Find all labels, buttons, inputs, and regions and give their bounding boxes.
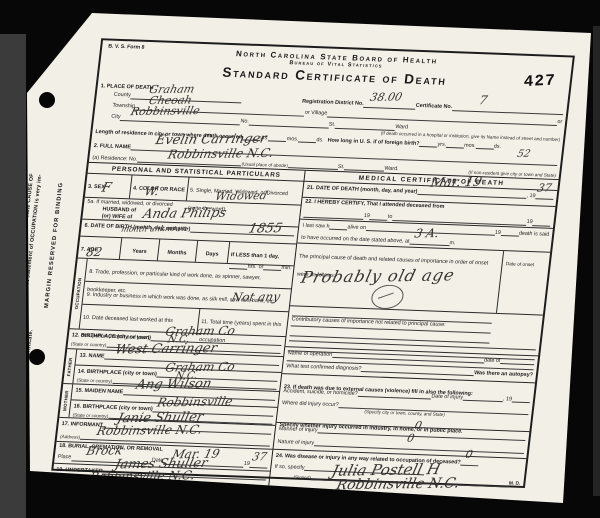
abode-note: (Usual place of abode) bbox=[241, 161, 288, 168]
race-value: W. bbox=[143, 184, 160, 198]
death-said-label: death is said bbox=[519, 230, 550, 238]
informant-address-label: (Address) bbox=[60, 434, 81, 440]
circled-scribble bbox=[371, 283, 405, 311]
marital-value: Widowed bbox=[214, 189, 269, 203]
last-saw-label: I last saw h bbox=[302, 222, 330, 230]
scan-viewer: { "margin_notes": { "line1": "N. B.\u201… bbox=[0, 0, 600, 518]
date-of-onset-column: Date of onset bbox=[496, 251, 550, 315]
mother-side-label: MOTHER bbox=[62, 390, 69, 411]
certificate-form: B. V. S. Form 8 North Carolina State Boa… bbox=[51, 38, 575, 488]
residence-value: Robbinsville N.C. bbox=[166, 146, 274, 162]
father-birthplace-value: Graham Co bbox=[164, 360, 237, 375]
dob-note: month unknown bbox=[120, 224, 188, 234]
filed-year-value: 37 bbox=[140, 487, 157, 500]
filed-day-value: 3 bbox=[109, 491, 117, 504]
registrar-signature: Julia Postell bbox=[164, 487, 246, 503]
scanner-bed-left bbox=[0, 34, 26, 518]
manner-label: Manner of injury bbox=[279, 425, 318, 433]
signed-address-label: (Address) bbox=[292, 488, 313, 494]
certificate-sheet: N. B.—WRITE PLAINLY, WITH UNFADING INK—T… bbox=[0, 0, 600, 518]
date-of-onset-label: Date of onset bbox=[505, 262, 534, 268]
punch-hole-bottom bbox=[29, 349, 45, 365]
father-name-value: West Carringer bbox=[113, 341, 218, 358]
death-hour-m-label: m. bbox=[449, 240, 456, 247]
injury-date-label: Date of injury bbox=[431, 393, 464, 401]
informant-address-value: Robbinsville N.C. bbox=[95, 423, 203, 439]
physician-address-value: Robbinsville N.C. bbox=[335, 476, 461, 494]
contributory-label: Contributory causes of importance not re… bbox=[291, 317, 446, 329]
undertaker-address-value: Robbinsville N.C. bbox=[88, 468, 196, 484]
certificate-no-label: Certificate No. bbox=[415, 103, 452, 111]
scanner-bed-right bbox=[593, 26, 600, 496]
death-hour-value: 3 A. bbox=[413, 226, 440, 240]
dob-value: 1855 bbox=[247, 221, 284, 237]
age-years-label: Years bbox=[132, 249, 147, 256]
principal-cause-block: The principal cause of death and related… bbox=[290, 244, 550, 316]
village-or-label: or bbox=[557, 119, 563, 126]
residence-ward-label: Ward. bbox=[384, 165, 399, 172]
occupation-side-label: OCCUPATION bbox=[74, 278, 83, 310]
burial-place-label: Place bbox=[57, 454, 71, 461]
principal-cause-value: Probably old age bbox=[299, 266, 457, 287]
accident-label: Accident, suicide, or homicide? bbox=[283, 388, 358, 397]
father-name-label: 13. NAME bbox=[79, 352, 105, 360]
occurred-label: to have occurred on the date stated abov… bbox=[301, 234, 410, 245]
age-less-note: If LESS than 1 day, bbox=[231, 252, 280, 260]
burial-year-value: 37 bbox=[251, 450, 268, 463]
city-value: Robbinsville bbox=[130, 104, 202, 118]
age-days-label: Days bbox=[205, 251, 219, 257]
county-label: County bbox=[113, 92, 131, 99]
personal-column: PERSONAL AND STATISTICAL PARTICULARS 3. … bbox=[49, 163, 306, 516]
birthplace-state-label: (State or country) bbox=[71, 341, 107, 348]
mother-maiden-label: 15. MAIDEN NAME bbox=[75, 387, 123, 395]
operation-date-label: date of bbox=[484, 357, 501, 364]
registrar-label: Registrar. bbox=[240, 509, 263, 516]
punch-hole-top bbox=[39, 92, 55, 108]
age-years-value: 82 bbox=[85, 245, 104, 259]
village-label: or Village bbox=[304, 110, 327, 118]
registration-label: Registration District No. bbox=[302, 99, 364, 108]
spouse-value: Anda Philips bbox=[141, 206, 227, 222]
alive-on-label: alive on bbox=[347, 224, 366, 231]
mother-maiden-value: Ang Wilson bbox=[134, 377, 212, 393]
age-months-label: Months bbox=[167, 250, 187, 257]
industry-value: Not any bbox=[230, 290, 282, 305]
undertaker-address-label: (Address) bbox=[55, 480, 76, 486]
filed-row: 20. FILED 3 19 37 Julia Postell Registra… bbox=[49, 488, 267, 516]
burial-place-value: Brock bbox=[84, 443, 123, 458]
operation-label: Name of operation bbox=[287, 350, 332, 358]
form-code: B. V. S. Form 8 bbox=[108, 43, 145, 50]
sex-value: F bbox=[100, 181, 113, 196]
diagnosis-label: What test confirmed diagnosis? bbox=[286, 363, 362, 372]
autopsy-label: Was there an autopsy? bbox=[474, 370, 534, 379]
residence-label: (a) Residence: No. bbox=[92, 154, 138, 162]
death-date-value: Mar. 19 bbox=[429, 175, 483, 191]
md-label: M. D. bbox=[508, 482, 520, 488]
form-columns: PERSONAL AND STATISTICAL PARTICULARS 3. … bbox=[49, 162, 559, 518]
filed-date-scribble bbox=[79, 494, 108, 504]
filed-year-prefix: 19 bbox=[134, 498, 141, 505]
mother-birthplace-value: Robbinsville bbox=[156, 395, 234, 410]
signed-label: (Signed) bbox=[293, 474, 311, 480]
filed-label: 20. FILED bbox=[53, 495, 78, 503]
medical-column: MEDICAL CERTIFICATE OF DEATH 21. DATE OF… bbox=[266, 171, 559, 518]
death-year-value: 37 bbox=[536, 182, 553, 195]
father-side-label: FATHER bbox=[66, 357, 73, 376]
father-birthplace-state-label: (State or country) bbox=[76, 377, 112, 384]
registration-value: 38.00 bbox=[369, 90, 404, 103]
death-date-label: 21. DATE OF DEATH (month, day, and year) bbox=[307, 184, 418, 195]
certificate-content: N. B.—WRITE PLAINLY, WITH UNFADING INK—T… bbox=[43, 14, 596, 493]
nature-label: Nature of injury bbox=[277, 438, 314, 446]
full-name-scrawl: 52 bbox=[516, 149, 531, 160]
stamp-number: 427 bbox=[524, 72, 556, 92]
